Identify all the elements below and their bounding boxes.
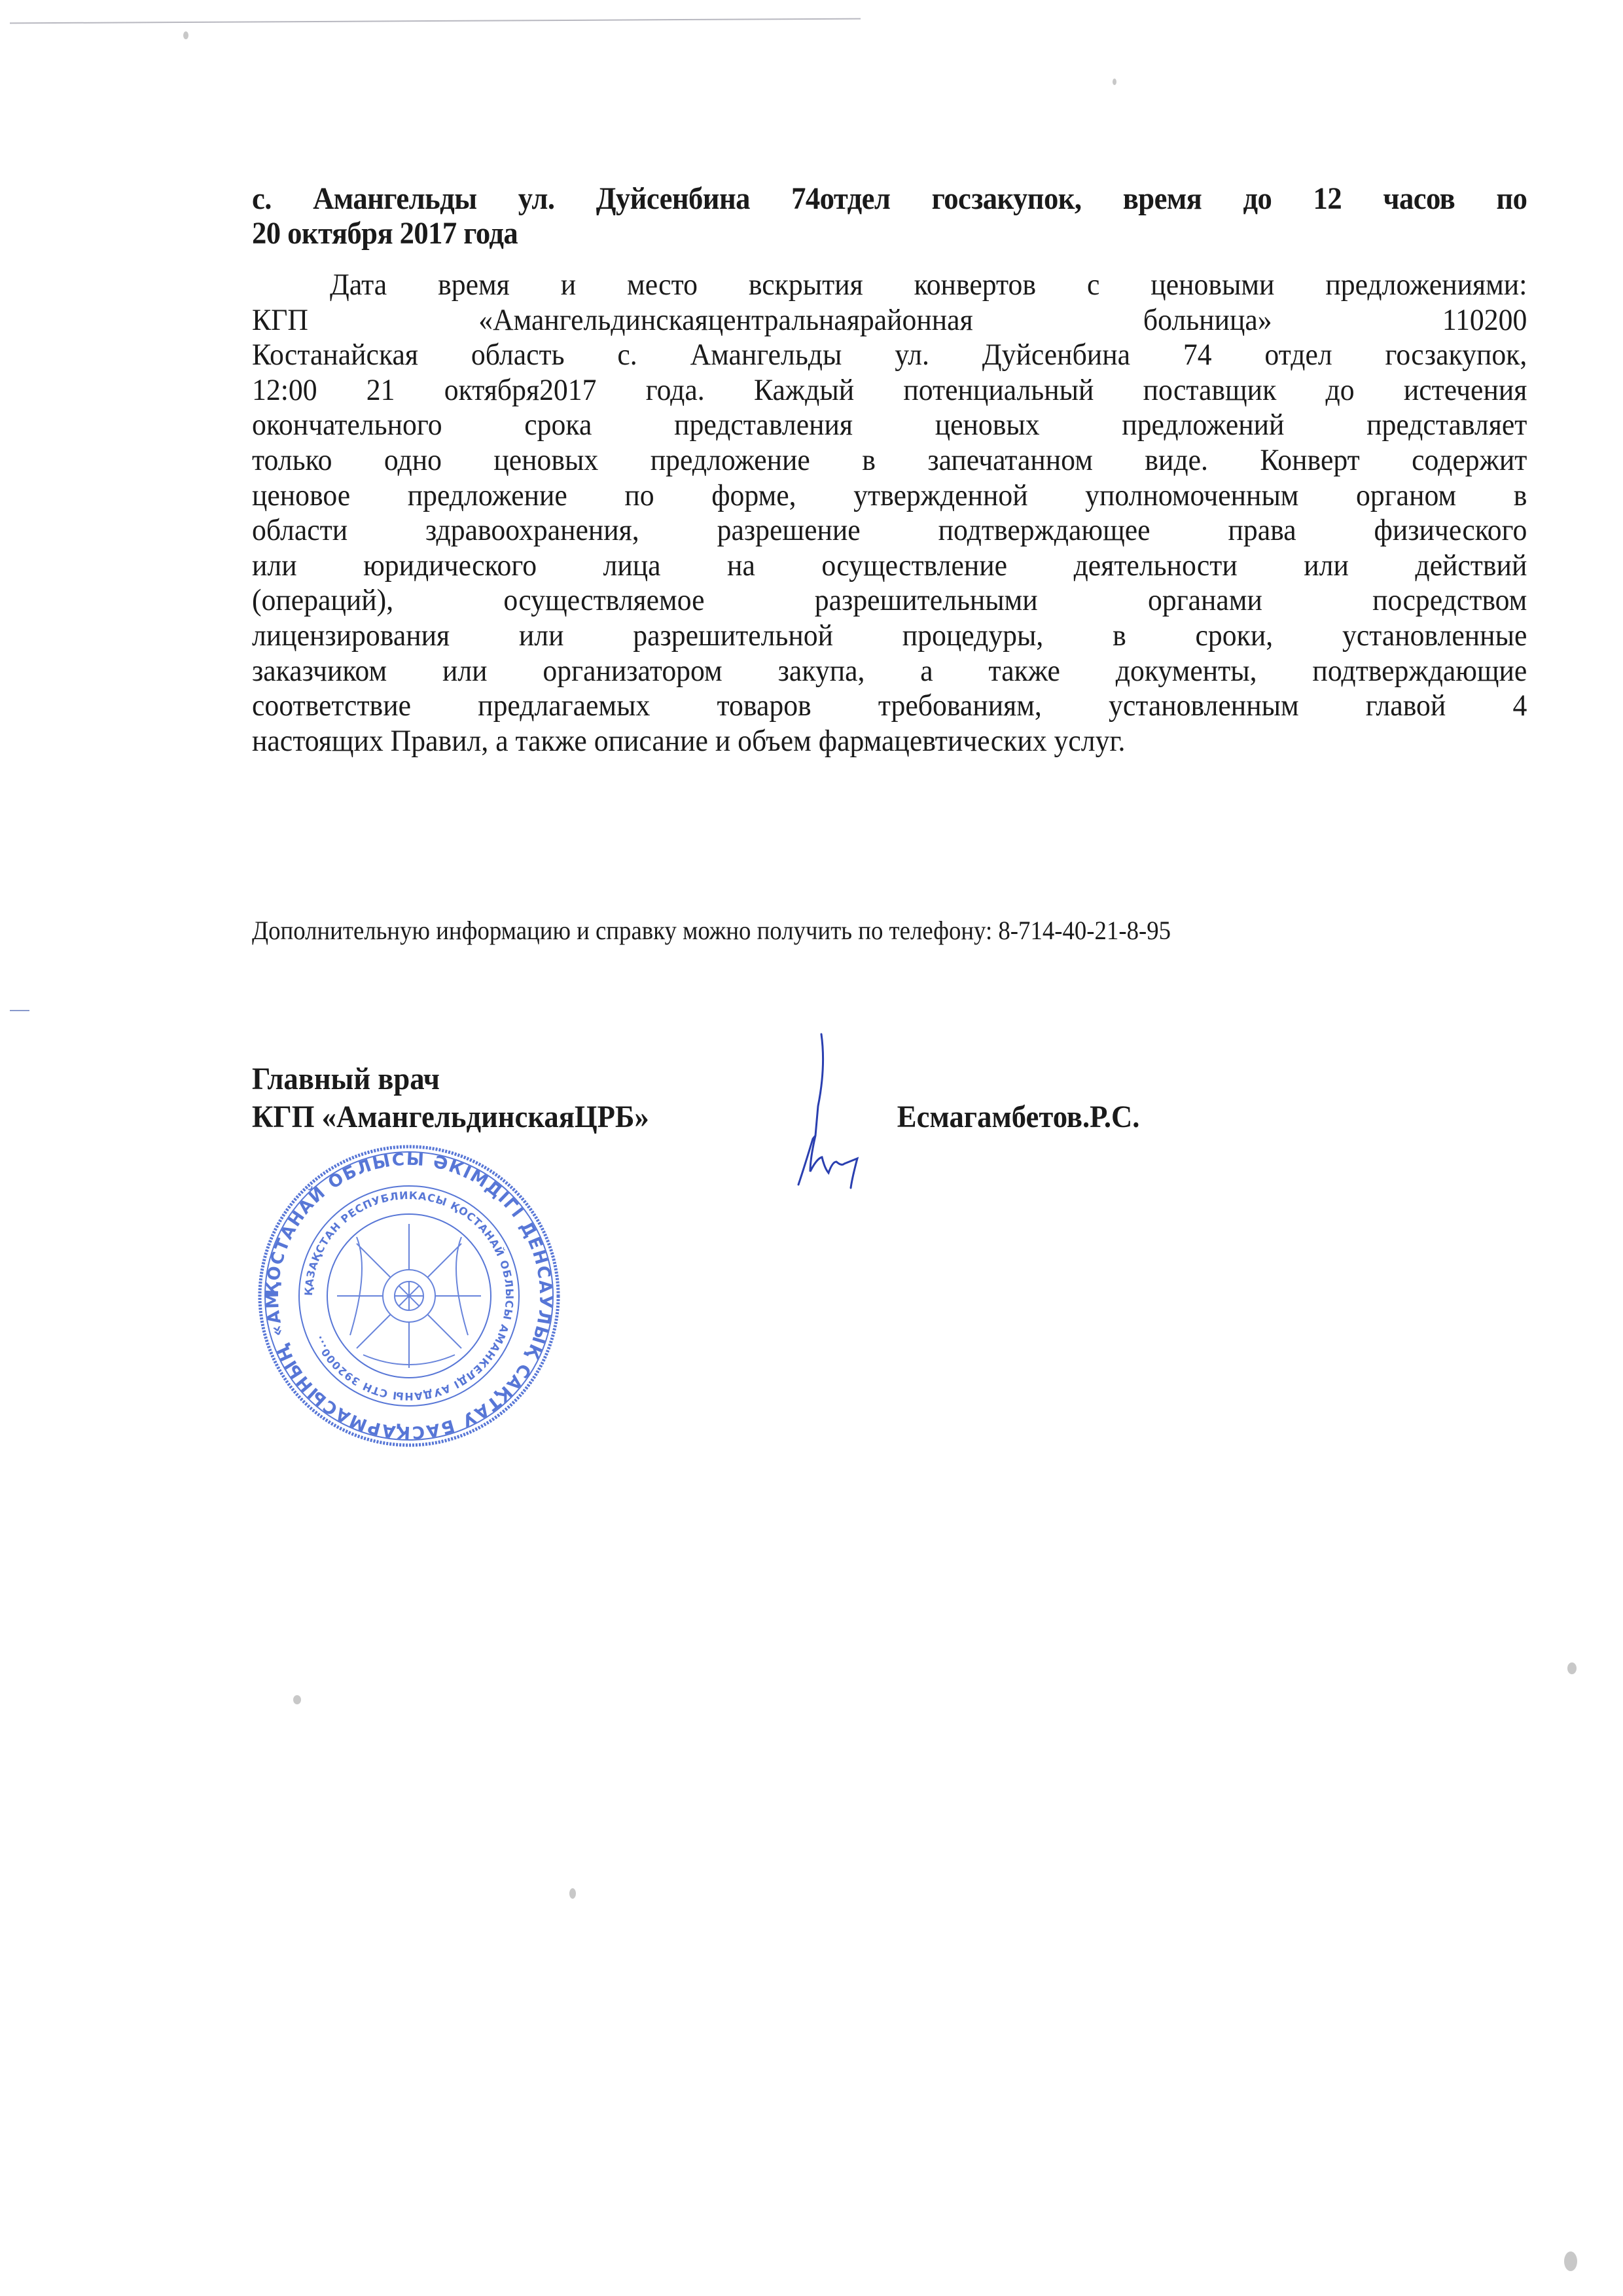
signer-title: Главный врач	[252, 1060, 649, 1098]
scan-speck	[1567, 1662, 1577, 1674]
scan-speck	[293, 1695, 301, 1704]
lead-line: с. Амангельды ул. Дуйсенбина 74отдел гос…	[252, 181, 1527, 216]
lead-paragraph: с. Амангельды ул. Дуйсенбина 74отдел гос…	[252, 181, 1527, 251]
body-line: соответствие предлагаемых товаров требов…	[252, 689, 1527, 724]
body-line: Дата время и место вскрытия конвертов с …	[252, 268, 1527, 303]
body-line: настоящих Правил, а также описание и объ…	[252, 724, 1527, 759]
scan-speck	[183, 31, 188, 39]
body-paragraph: Дата время и место вскрытия конвертов с …	[252, 268, 1527, 759]
official-stamp-icon: ҚОСТАНАЙ ОБЛЫСЫ ӘКІМДІГІ ДЕНСАУЛЫҚ САҚТА…	[252, 1139, 566, 1453]
signer-organization: КГП «АмангельдинскаяЦРБ»	[252, 1098, 649, 1136]
handwritten-signature-icon	[661, 1028, 883, 1191]
body-line: КГП «Амангельдинскаяцентральнаярайонная …	[252, 303, 1527, 338]
scan-speck	[1113, 79, 1116, 85]
body-line: окончательного срока представления ценов…	[252, 408, 1527, 443]
body-line: лицензирования или разрешительной процед…	[252, 619, 1527, 654]
body-line: 12:00 21 октября2017 года. Каждый потенц…	[252, 373, 1527, 408]
lead-line: 20 октября 2017 года	[252, 216, 1527, 251]
signer-name: Есмагамбетов.Р.С.	[897, 1098, 1140, 1136]
body-line: (операций), осуществляемое разрешительны…	[252, 583, 1527, 619]
body-line: Костанайская область с. Амангельды ул. Д…	[252, 338, 1527, 373]
body-line: заказчиком или организатором закупа, а т…	[252, 654, 1527, 689]
scan-margin-mark	[10, 1010, 29, 1011]
scan-speck	[1564, 2251, 1577, 2271]
body-line: ценовое предложение по форме, утвержденн…	[252, 478, 1527, 514]
body-line: области здравоохранения, разрешение подт…	[252, 513, 1527, 548]
body-line: или юридического лица на осуществление д…	[252, 548, 1527, 584]
contact-info-line: Дополнительную информацию и справку можн…	[252, 915, 1425, 946]
body-line: только одно ценовых предложение в запеча…	[252, 443, 1527, 478]
signature-block: Главный врач КГП «АмангельдинскаяЦРБ» Ес…	[252, 1060, 649, 1136]
scan-top-edge-line	[10, 18, 861, 24]
scan-speck	[569, 1888, 576, 1899]
